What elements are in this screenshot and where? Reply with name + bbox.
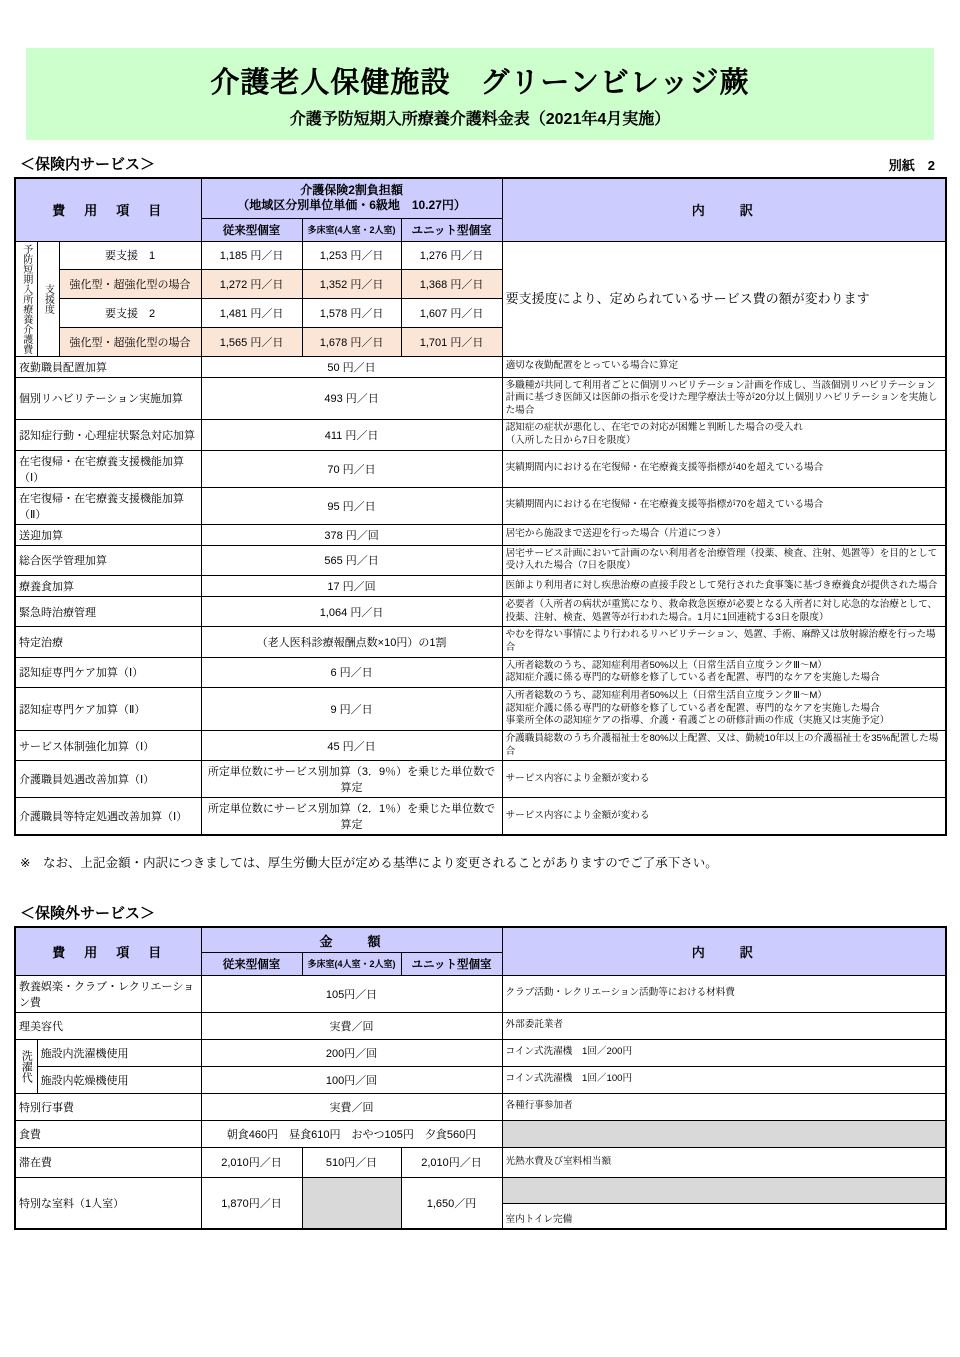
price-table-subtitle: 介護予防短期入所療養介護料金表（2021年4月実施） (290, 106, 671, 129)
fee-item-price: 565 円／日 (201, 545, 502, 575)
col-header-multi-room: 多床室(4人室・2人室) (302, 952, 401, 975)
addition-fee-rows: 夜勤職員配置加算50 円／日適切な夜勤配置をとっている場合に算定個別リハビリテー… (15, 356, 946, 835)
price-multi: 1,578 円／日 (302, 299, 401, 328)
fee-item-detail: 居宅サービス計画において計画のない利用者を治療管理（投薬、検査、注射、処置等）を… (502, 545, 946, 575)
service-row: 教養娯楽・クラブ・レクリエーション費 105円／日 クラブ活動・レクリエーション… (15, 975, 946, 1012)
service-price: 200円／回 (201, 1039, 502, 1066)
service-detail: クラブ活動・レクリエーション活動等における材料費 (502, 975, 946, 1012)
title-banner: 介護老人保健施設 グリーンビレッジ蕨 介護予防短期入所療養介護料金表（2021年… (26, 48, 934, 140)
price-multi-empty (302, 1177, 401, 1229)
addition-fee-row: 送迎加算378 円／回居宅から施設まで送迎を行った場合（片道につき） (15, 524, 946, 545)
insurance-section-heading: ＜保険内サービス＞ 別紙 2 (20, 153, 935, 174)
document-page: 介護老人保健施設 グリーンビレッジ蕨 介護予防短期入所療養介護料金表（2021年… (0, 0, 960, 1357)
care-level-label: 要支援 2 (59, 299, 201, 328)
fee-item-price: 70 円／日 (201, 450, 502, 487)
fee-item-name: 認知症行動・心理症状緊急対応加算 (15, 420, 201, 450)
col-header-item: 費 用 項 目 (15, 178, 201, 241)
fee-item-detail: 入所者総数のうち、認知症利用者50%以上（日常生活自立度ランクⅢ～M） 認知症介… (502, 688, 946, 731)
price-multi: 1,678 円／日 (302, 327, 401, 356)
insurance-service-table: 費 用 項 目 介護保険2割負担額 （地域区分別単位単価・6級地 10.27円）… (14, 177, 947, 836)
fee-item-detail: 実績期間内における在宅復帰・在宅療養支援等指標が40を超えている場合 (502, 450, 946, 487)
fee-item-detail: 必要者（入所者の病状が重篤になり、救命救急医療が必要となる入所者に対し応急的な治… (502, 597, 946, 627)
service-price: 100円／回 (201, 1066, 502, 1093)
service-detail: 光熱水費及び室料相当額 (502, 1147, 946, 1177)
fee-item-price: 50 円／日 (201, 356, 502, 377)
fee-item-detail: 介護職員総数のうち介護福祉士を80%以上配置、又は、勤続10年以上の介護福祉士を… (502, 731, 946, 761)
support-level-vertical: 支援度 (37, 241, 59, 356)
service-detail-empty (502, 1120, 946, 1147)
service-name: 特別行事費 (15, 1093, 201, 1120)
price-unit: 2,010円／日 (401, 1147, 502, 1177)
addition-fee-row: 緊急時治療管理1,064 円／日必要者（入所者の病状が重篤になり、救命救急医療が… (15, 597, 946, 627)
price-conventional: 1,272 円／日 (201, 270, 302, 299)
addition-fee-row: 認知症行動・心理症状緊急対応加算411 円／日認知症の症状が悪化し、在宅での対応… (15, 420, 946, 450)
facility-title: 介護老人保健施設 グリーンビレッジ蕨 (210, 60, 749, 101)
price-group-title: 介護保険2割負担額 (205, 183, 499, 198)
section-title-non-insurance: ＜保険外サービス＞ (20, 902, 155, 923)
service-name: 特別な室料（1人室） (15, 1177, 201, 1229)
price-conventional: 2,010円／日 (201, 1147, 302, 1177)
care-fee-block: 予防短期入所療養介護費 支援度 要支援 1 1,185 円／日 1,253 円／… (15, 241, 946, 356)
col-header-item: 費 用 項 目 (15, 927, 201, 975)
col-header-detail: 内 訳 (502, 927, 946, 975)
col-header-conventional-room: 従来型個室 (201, 952, 302, 975)
col-header-unit-room: ユニット型個室 (401, 218, 502, 241)
fee-item-price: 9 円／日 (201, 688, 502, 731)
price-multi: 510円／日 (302, 1147, 401, 1177)
addition-fee-row: 在宅復帰・在宅療養支援機能加算（Ⅰ）70 円／日実績期間内における在宅復帰・在宅… (15, 450, 946, 487)
price-unit: 1,276 円／日 (401, 241, 502, 270)
fee-item-price: 378 円／回 (201, 524, 502, 545)
revision-note: ※ なお、上記金額・内訳につきましては、厚生労働大臣が定める基準により変更される… (20, 853, 960, 871)
non-insurance-service-table: 費 用 項 目 金 額 内 訳 従来型個室 多床室(4人室・2人室) ユニット型… (14, 926, 947, 1230)
col-header-multi-room: 多床室(4人室・2人室) (302, 218, 401, 241)
fee-item-detail: 多職種が共同して利用者ごとに個別リハビリテーション計画を作成し、当該個別リハビリ… (502, 377, 946, 420)
service-row-stay: 滞在費 2,010円／日 510円／日 2,010円／日 光熱水費及び室料相当額 (15, 1147, 946, 1177)
service-name: 施設内洗濯機使用 (37, 1039, 201, 1066)
fee-item-price: （老人医科診療報酬点数×10円）の1割 (201, 627, 502, 657)
fee-item-name: 介護職員処遇改善加算（Ⅰ） (15, 761, 201, 798)
fee-item-name: 療養食加算 (15, 576, 201, 597)
fee-item-price: 411 円／日 (201, 420, 502, 450)
col-header-price-group: 介護保険2割負担額 （地域区分別単位単価・6級地 10.27円） (201, 178, 502, 218)
fee-item-price: 45 円／日 (201, 731, 502, 761)
price-conventional: 1,870円／日 (201, 1177, 302, 1229)
fee-item-name: 送迎加算 (15, 524, 201, 545)
col-header-detail: 内 訳 (502, 178, 946, 241)
price-multi: 1,253 円／日 (302, 241, 401, 270)
fee-item-detail: 適切な夜勤配置をとっている場合に算定 (502, 356, 946, 377)
care-fee-row: 予防短期入所療養介護費 支援度 要支援 1 1,185 円／日 1,253 円／… (15, 241, 946, 270)
care-fee-detail: 要支援度により、定められているサービス費の額が変わります (502, 241, 946, 356)
addition-fee-row: 夜勤職員配置加算50 円／日適切な夜勤配置をとっている場合に算定 (15, 356, 946, 377)
addition-fee-row: 認知症専門ケア加算（Ⅰ）6 円／日入所者総数のうち、認知症利用者50%以上（日常… (15, 657, 946, 687)
fee-item-name: 在宅復帰・在宅療養支援機能加算（Ⅰ） (15, 450, 201, 487)
fee-item-detail: やむを得ない事情により行われるリハビリテーション、処置、手術、麻酔又は放射線治療… (502, 627, 946, 657)
price-multi: 1,352 円／日 (302, 270, 401, 299)
service-detail-empty (502, 1177, 946, 1203)
service-row-laundry-dryer: 施設内乾燥機使用 100円／回 コイン式洗濯機 1回／100円 (15, 1066, 946, 1093)
price-conventional: 1,185 円／日 (201, 241, 302, 270)
table-header-row: 費 用 項 目 介護保険2割負担額 （地域区分別単位単価・6級地 10.27円）… (15, 178, 946, 218)
fee-item-name: 認知症専門ケア加算（Ⅱ） (15, 688, 201, 731)
service-price: 105円／日 (201, 975, 502, 1012)
service-detail: 各種行事参加者 (502, 1093, 946, 1120)
attachment-label: 別紙 2 (889, 155, 935, 174)
price-conventional: 1,481 円／日 (201, 299, 302, 328)
addition-fee-row: 特定治療（老人医科診療報酬点数×10円）の1割やむを得ない事情により行われるリハ… (15, 627, 946, 657)
addition-fee-row: 在宅復帰・在宅療養支援機能加算（Ⅱ）95 円／日実績期間内における在宅復帰・在宅… (15, 487, 946, 524)
addition-fee-row: 総合医学管理加算565 円／日居宅サービス計画において計画のない利用者を治療管理… (15, 545, 946, 575)
service-name: 理美容代 (15, 1012, 201, 1039)
laundry-category-vertical: 洗濯代 (15, 1039, 37, 1093)
service-row-special-room: 特別な室料（1人室） 1,870円／日 1,650／円 (15, 1177, 946, 1203)
service-detail: 外部委託業者 (502, 1012, 946, 1039)
fee-item-name: 夜勤職員配置加算 (15, 356, 201, 377)
non-insurance-section-heading: ＜保険外サービス＞ (20, 902, 935, 923)
fee-item-price: 所定単位数にサービス別加算（3．9％）を乗じた単位数で算定 (201, 761, 502, 798)
fee-item-name: 個別リハビリテーション実施加算 (15, 377, 201, 420)
service-detail: コイン式洗濯機 1回／100円 (502, 1066, 946, 1093)
col-header-unit-room: ユニット型個室 (401, 952, 502, 975)
fee-item-price: 17 円／回 (201, 576, 502, 597)
service-row: 特別行事費 実費／回 各種行事参加者 (15, 1093, 946, 1120)
fee-item-detail: サービス内容により金額が変わる (502, 761, 946, 798)
care-level-label: 強化型・超強化型の場合 (59, 327, 201, 356)
addition-fee-row: 療養食加算17 円／回医師より利用者に対し疾患治療の直接手段として発行された食事… (15, 576, 946, 597)
care-level-label: 強化型・超強化型の場合 (59, 270, 201, 299)
addition-fee-row: 介護職員処遇改善加算（Ⅰ）所定単位数にサービス別加算（3．9％）を乗じた単位数で… (15, 761, 946, 798)
fee-item-detail: 入所者総数のうち、認知症利用者50%以上（日常生活自立度ランクⅢ～M） 認知症介… (502, 657, 946, 687)
fee-item-detail: 居宅から施設まで送迎を行った場合（片道につき） (502, 524, 946, 545)
service-price: 実費／回 (201, 1012, 502, 1039)
table-header-row: 費 用 項 目 金 額 内 訳 (15, 927, 946, 952)
section-title-insurance: ＜保険内サービス＞ (20, 153, 155, 174)
fee-item-price: 95 円／日 (201, 487, 502, 524)
service-name: 滞在費 (15, 1147, 201, 1177)
fee-item-price: 6 円／日 (201, 657, 502, 687)
service-name: 施設内乾燥機使用 (37, 1066, 201, 1093)
service-name: 教養娯楽・クラブ・レクリエーション費 (15, 975, 201, 1012)
service-name: 食費 (15, 1120, 201, 1147)
service-row: 理美容代 実費／回 外部委託業者 (15, 1012, 946, 1039)
fee-item-name: 認知症専門ケア加算（Ⅰ） (15, 657, 201, 687)
price-unit: 1,701 円／日 (401, 327, 502, 356)
fee-item-name: 総合医学管理加算 (15, 545, 201, 575)
price-unit: 1,650／円 (401, 1177, 502, 1229)
addition-fee-row: サービス体制強化加算（Ⅰ）45 円／日介護職員総数のうち介護福祉士を80%以上配… (15, 731, 946, 761)
fee-item-name: 在宅復帰・在宅療養支援機能加算（Ⅱ） (15, 487, 201, 524)
service-detail: 室内トイレ完備 (502, 1203, 946, 1229)
addition-fee-row: 個別リハビリテーション実施加算493 円／日多職種が共同して利用者ごとに個別リハ… (15, 377, 946, 420)
fee-item-detail: 実績期間内における在宅復帰・在宅療養支援等指標が70を超えている場合 (502, 487, 946, 524)
fee-item-name: 介護職員等特定処遇改善加算（Ⅰ） (15, 798, 201, 836)
care-level-label: 要支援 1 (59, 241, 201, 270)
service-price: 朝食460円 昼食610円 おやつ105円 夕食560円 (201, 1120, 502, 1147)
addition-fee-row: 認知症専門ケア加算（Ⅱ）9 円／日入所者総数のうち、認知症利用者50%以上（日常… (15, 688, 946, 731)
price-unit: 1,607 円／日 (401, 299, 502, 328)
fee-item-name: 特定治療 (15, 627, 201, 657)
fee-item-price: 所定単位数にサービス別加算（2．1％）を乗じた単位数で算定 (201, 798, 502, 836)
fee-item-price: 1,064 円／日 (201, 597, 502, 627)
fee-item-detail: 認知症の症状が悪化し、在宅での対応が困難と判断した場合の受入れ （入所した日から… (502, 420, 946, 450)
service-row-meals: 食費 朝食460円 昼食610円 おやつ105円 夕食560円 (15, 1120, 946, 1147)
service-price: 実費／回 (201, 1093, 502, 1120)
fee-item-price: 493 円／日 (201, 377, 502, 420)
care-fee-category-vertical: 予防短期入所療養介護費 (15, 241, 37, 356)
price-group-subtitle: （地域区分別単位単価・6級地 10.27円） (205, 198, 499, 213)
price-conventional: 1,565 円／日 (201, 327, 302, 356)
addition-fee-row: 介護職員等特定処遇改善加算（Ⅰ）所定単位数にサービス別加算（2．1％）を乗じた単… (15, 798, 946, 836)
col-header-conventional-room: 従来型個室 (201, 218, 302, 241)
service-row-laundry-washer: 洗濯代 施設内洗濯機使用 200円／回 コイン式洗濯機 1回／200円 (15, 1039, 946, 1066)
col-header-amount: 金 額 (201, 927, 502, 952)
fee-item-name: サービス体制強化加算（Ⅰ） (15, 731, 201, 761)
service-detail: コイン式洗濯機 1回／200円 (502, 1039, 946, 1066)
fee-item-name: 緊急時治療管理 (15, 597, 201, 627)
fee-item-detail: サービス内容により金額が変わる (502, 798, 946, 836)
fee-item-detail: 医師より利用者に対し疾患治療の直接手段として発行された食事箋に基づき療養食が提供… (502, 576, 946, 597)
price-unit: 1,368 円／日 (401, 270, 502, 299)
